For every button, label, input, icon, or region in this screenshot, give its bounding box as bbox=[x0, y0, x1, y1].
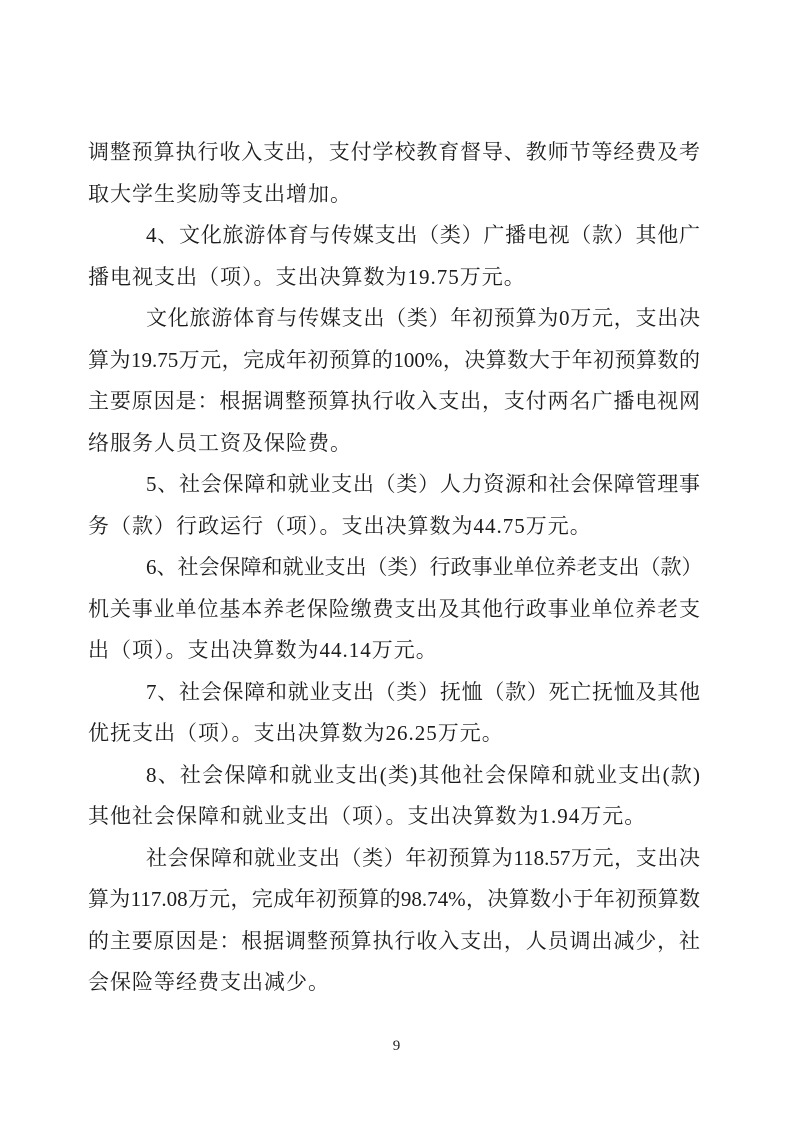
text-line: 调整预算执行收入支出，支付学校教育督导、教师节等经费及考 bbox=[88, 132, 700, 174]
text-line: 会保险等经费支出减少。 bbox=[88, 962, 700, 1004]
text-line: 8、社会保障和就业支出(类)其他社会保障和就业支出(款) bbox=[88, 755, 700, 797]
text-line: 的主要原因是：根据调整预算执行收入支出，人员调出减少，社 bbox=[88, 921, 700, 963]
text-line: 算为117.08万元，完成年初预算的98.74%，决算数小于年初预算数 bbox=[88, 879, 700, 921]
document-page: 调整预算执行收入支出，支付学校教育督导、教师节等经费及考 取大学生奖励等支出增加… bbox=[0, 0, 793, 1122]
text-line: 优抚支出（项）。支出决算数为26.25万元。 bbox=[88, 713, 700, 755]
page-number: 9 bbox=[0, 1034, 793, 1058]
text-line: 络服务人员工资及保险费。 bbox=[88, 423, 700, 465]
text-line: 5、社会保障和就业支出（类）人力资源和社会保障管理事 bbox=[88, 464, 700, 506]
text-line: 机关事业单位基本养老保险缴费支出及其他行政事业单位养老支 bbox=[88, 589, 700, 631]
text-line: 7、社会保障和就业支出（类）抚恤（款）死亡抚恤及其他 bbox=[88, 672, 700, 714]
text-line: 务（款）行政运行（项）。支出决算数为44.75万元。 bbox=[88, 506, 700, 548]
text-line: 其他社会保障和就业支出（项）。支出决算数为1.94万元。 bbox=[88, 796, 700, 838]
text-line: 6、社会保障和就业支出（类）行政事业单位养老支出（款） bbox=[88, 547, 700, 589]
text-line: 取大学生奖励等支出增加。 bbox=[88, 174, 700, 216]
text-line: 算为19.75万元，完成年初预算的100%，决算数大于年初预算数的 bbox=[88, 340, 700, 382]
text-line: 4、文化旅游体育与传媒支出（类）广播电视（款）其他广 bbox=[88, 215, 700, 257]
text-line: 社会保障和就业支出（类）年初预算为118.57万元，支出决 bbox=[88, 838, 700, 880]
document-body: 调整预算执行收入支出，支付学校教育督导、教师节等经费及考 取大学生奖励等支出增加… bbox=[88, 132, 700, 1004]
text-line: 出（项）。支出决算数为44.14万元。 bbox=[88, 630, 700, 672]
text-line: 主要原因是：根据调整预算执行收入支出，支付两名广播电视网 bbox=[88, 381, 700, 423]
text-line: 播电视支出（项）。支出决算数为19.75万元。 bbox=[88, 257, 700, 299]
text-line: 文化旅游体育与传媒支出（类）年初预算为0万元，支出决 bbox=[88, 298, 700, 340]
